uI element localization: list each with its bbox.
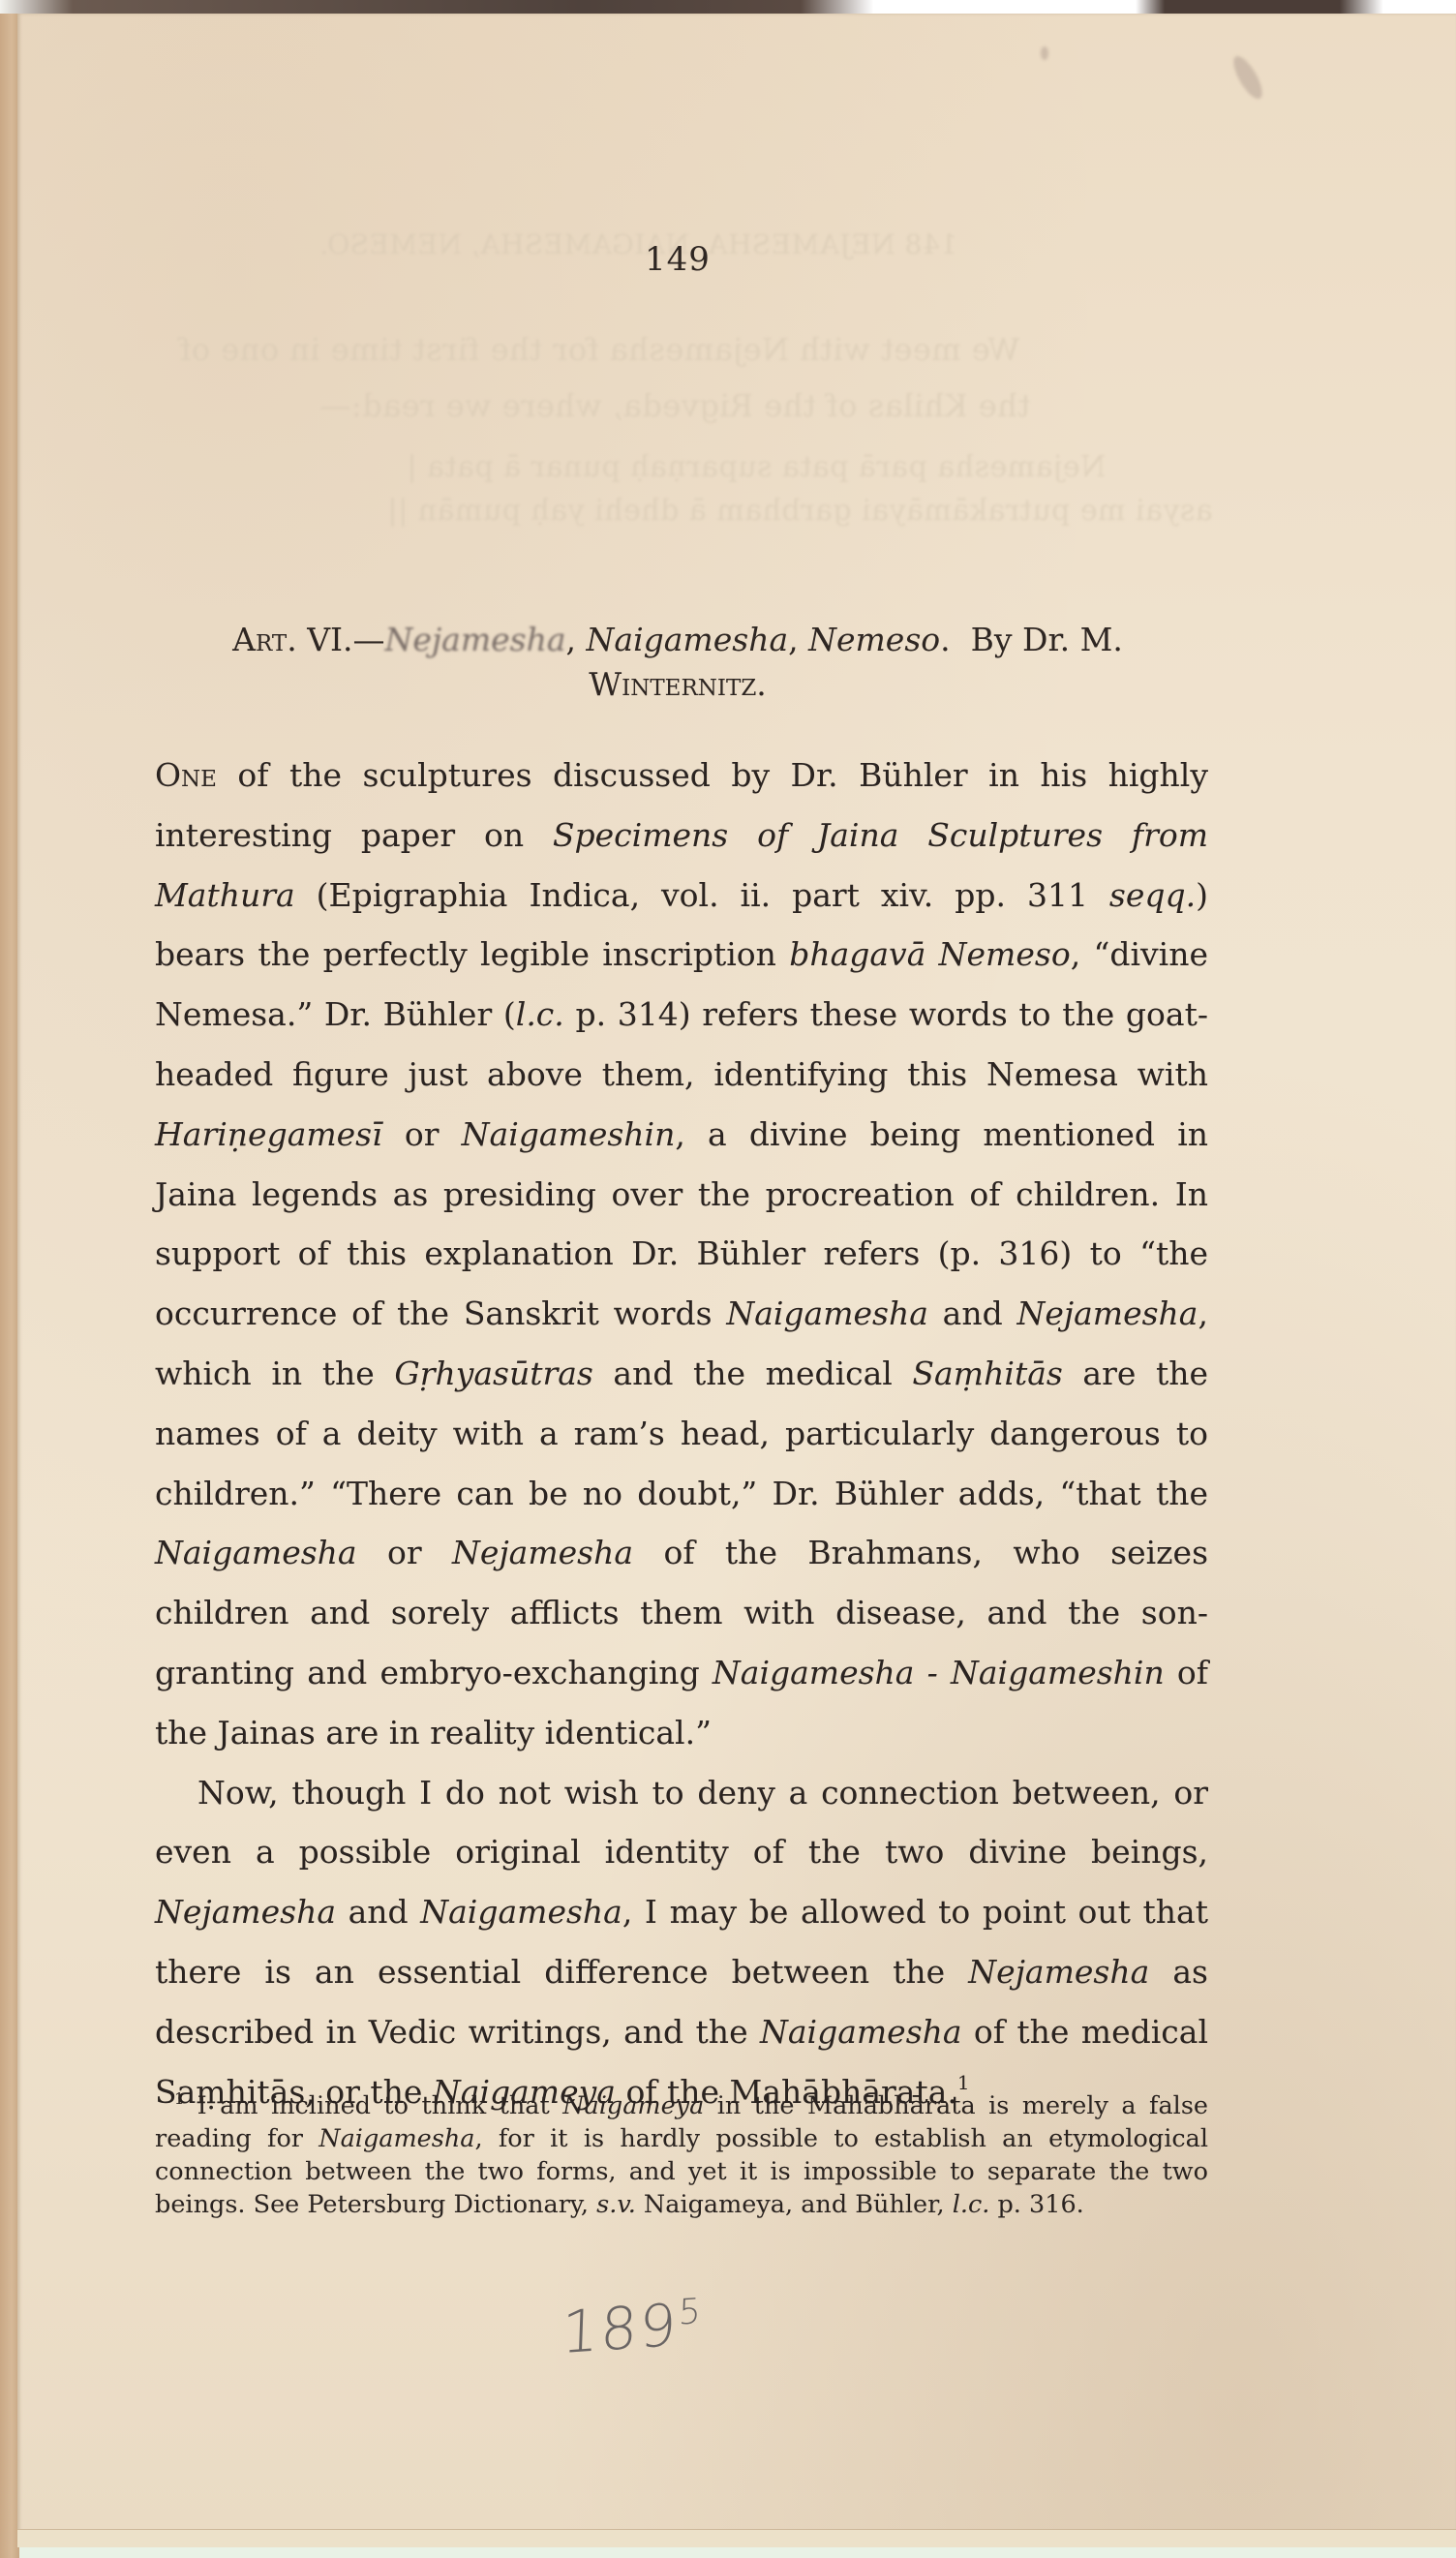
italic-term: Saṃhitās bbox=[912, 1355, 1062, 1392]
italic-term: seqq. bbox=[1109, 876, 1196, 914]
title-term-2: Naigamesha bbox=[587, 621, 789, 658]
binding-board-edge bbox=[0, 14, 19, 2558]
italic-term: Nejamesha bbox=[1016, 1294, 1198, 1332]
bleed-through-line: asyai me putrakāmāyai garbham ā dhehi ya… bbox=[387, 494, 1213, 528]
italic-term: l.c. bbox=[516, 995, 564, 1033]
paper-speck bbox=[1041, 46, 1048, 60]
italic-term: Nejamesha bbox=[155, 1893, 336, 1931]
scanner-shadow-top bbox=[0, 0, 1456, 14]
italic-term: s.v. bbox=[596, 2190, 636, 2219]
text-run: I am inclined to think that bbox=[184, 2091, 562, 2120]
italic-term: Naigamesha bbox=[318, 2124, 474, 2153]
text-run: and the medical bbox=[593, 1355, 913, 1392]
italic-term: bhagavā Nemeso bbox=[789, 935, 1070, 973]
title-separator: , bbox=[566, 621, 587, 658]
text-run: and bbox=[928, 1294, 1017, 1332]
footnote-text: 1 I am inclined to think that Naigameya … bbox=[155, 2089, 1208, 2221]
paragraph-2: Now, though I do not wish to deny a conn… bbox=[155, 1763, 1208, 2122]
title-separator: , bbox=[788, 621, 808, 658]
article-number: Art. VI.— bbox=[232, 621, 384, 658]
pencil-year-main: 189 bbox=[561, 2291, 680, 2367]
italic-term: Naigamesha bbox=[420, 1893, 622, 1931]
bleed-through-line: the Khilas of the Rigveda, where we read… bbox=[319, 387, 1030, 424]
text-run: Naigameya, and Bühler, bbox=[636, 2190, 953, 2219]
text-run: or bbox=[357, 1534, 452, 1571]
italic-term: Naigamesha - Naigameshin bbox=[713, 1654, 1165, 1691]
bleed-through-line: Nejamesha parā pata suparṇaḥ punar ā pat… bbox=[407, 450, 1106, 484]
text-run: Now, though I do not wish to deny a conn… bbox=[155, 1774, 1208, 1872]
italic-term: Gṛhyasūtras bbox=[394, 1355, 593, 1392]
article-body: One of the sculptures discussed by Dr. B… bbox=[155, 746, 1208, 2121]
italic-term: Naigamesha bbox=[155, 1534, 357, 1571]
italic-term: Naigamesha bbox=[760, 2013, 962, 2051]
italic-term: Naigameshin bbox=[462, 1115, 676, 1153]
byline: By Dr. M. bbox=[971, 621, 1123, 658]
italic-term: l.c. bbox=[953, 2190, 990, 2219]
italic-term: Nejamesha bbox=[968, 1953, 1149, 1991]
footnote-marker: 1 bbox=[174, 2089, 184, 2108]
title-term-1: Nejamesha bbox=[385, 621, 566, 658]
text-run: and bbox=[336, 1893, 420, 1931]
text-run: p. 316. bbox=[989, 2190, 1083, 2219]
article-title: Art. VI.—Nejamesha, Naigamesha, Nemeso. … bbox=[155, 618, 1200, 707]
italic-term: Hariṇegamesī bbox=[155, 1115, 382, 1153]
footnote-1: 1 I am inclined to think that Naigameya … bbox=[155, 2089, 1208, 2221]
italic-term: Nejamesha bbox=[452, 1534, 633, 1571]
text-run: or bbox=[382, 1115, 462, 1153]
page-bottom-edge bbox=[17, 2529, 1456, 2547]
italic-term: Naigameya bbox=[562, 2091, 704, 2120]
paragraph-1: One of the sculptures discussed by Dr. B… bbox=[155, 746, 1208, 1763]
bleed-through-line: We meet with Nejamesha for the first tim… bbox=[179, 331, 1020, 368]
page-number: 149 bbox=[645, 240, 711, 279]
title-period: . bbox=[940, 621, 951, 658]
text-run: (Epigraphia Indica, vol. ii. part xiv. p… bbox=[295, 876, 1109, 914]
author-name: Winternitz. bbox=[589, 665, 767, 703]
italic-term: Naigamesha bbox=[726, 1294, 928, 1332]
bleed-through-running-head: 148 NEJAMESHA, NAIGAMESHA, NEMESO. bbox=[319, 228, 957, 260]
lead-word: One bbox=[155, 756, 217, 794]
pencil-year-last-digit: 5 bbox=[678, 2292, 703, 2333]
title-term-3: Nemeso bbox=[808, 621, 940, 658]
pencil-year-annotation: 1895 bbox=[561, 2290, 704, 2367]
